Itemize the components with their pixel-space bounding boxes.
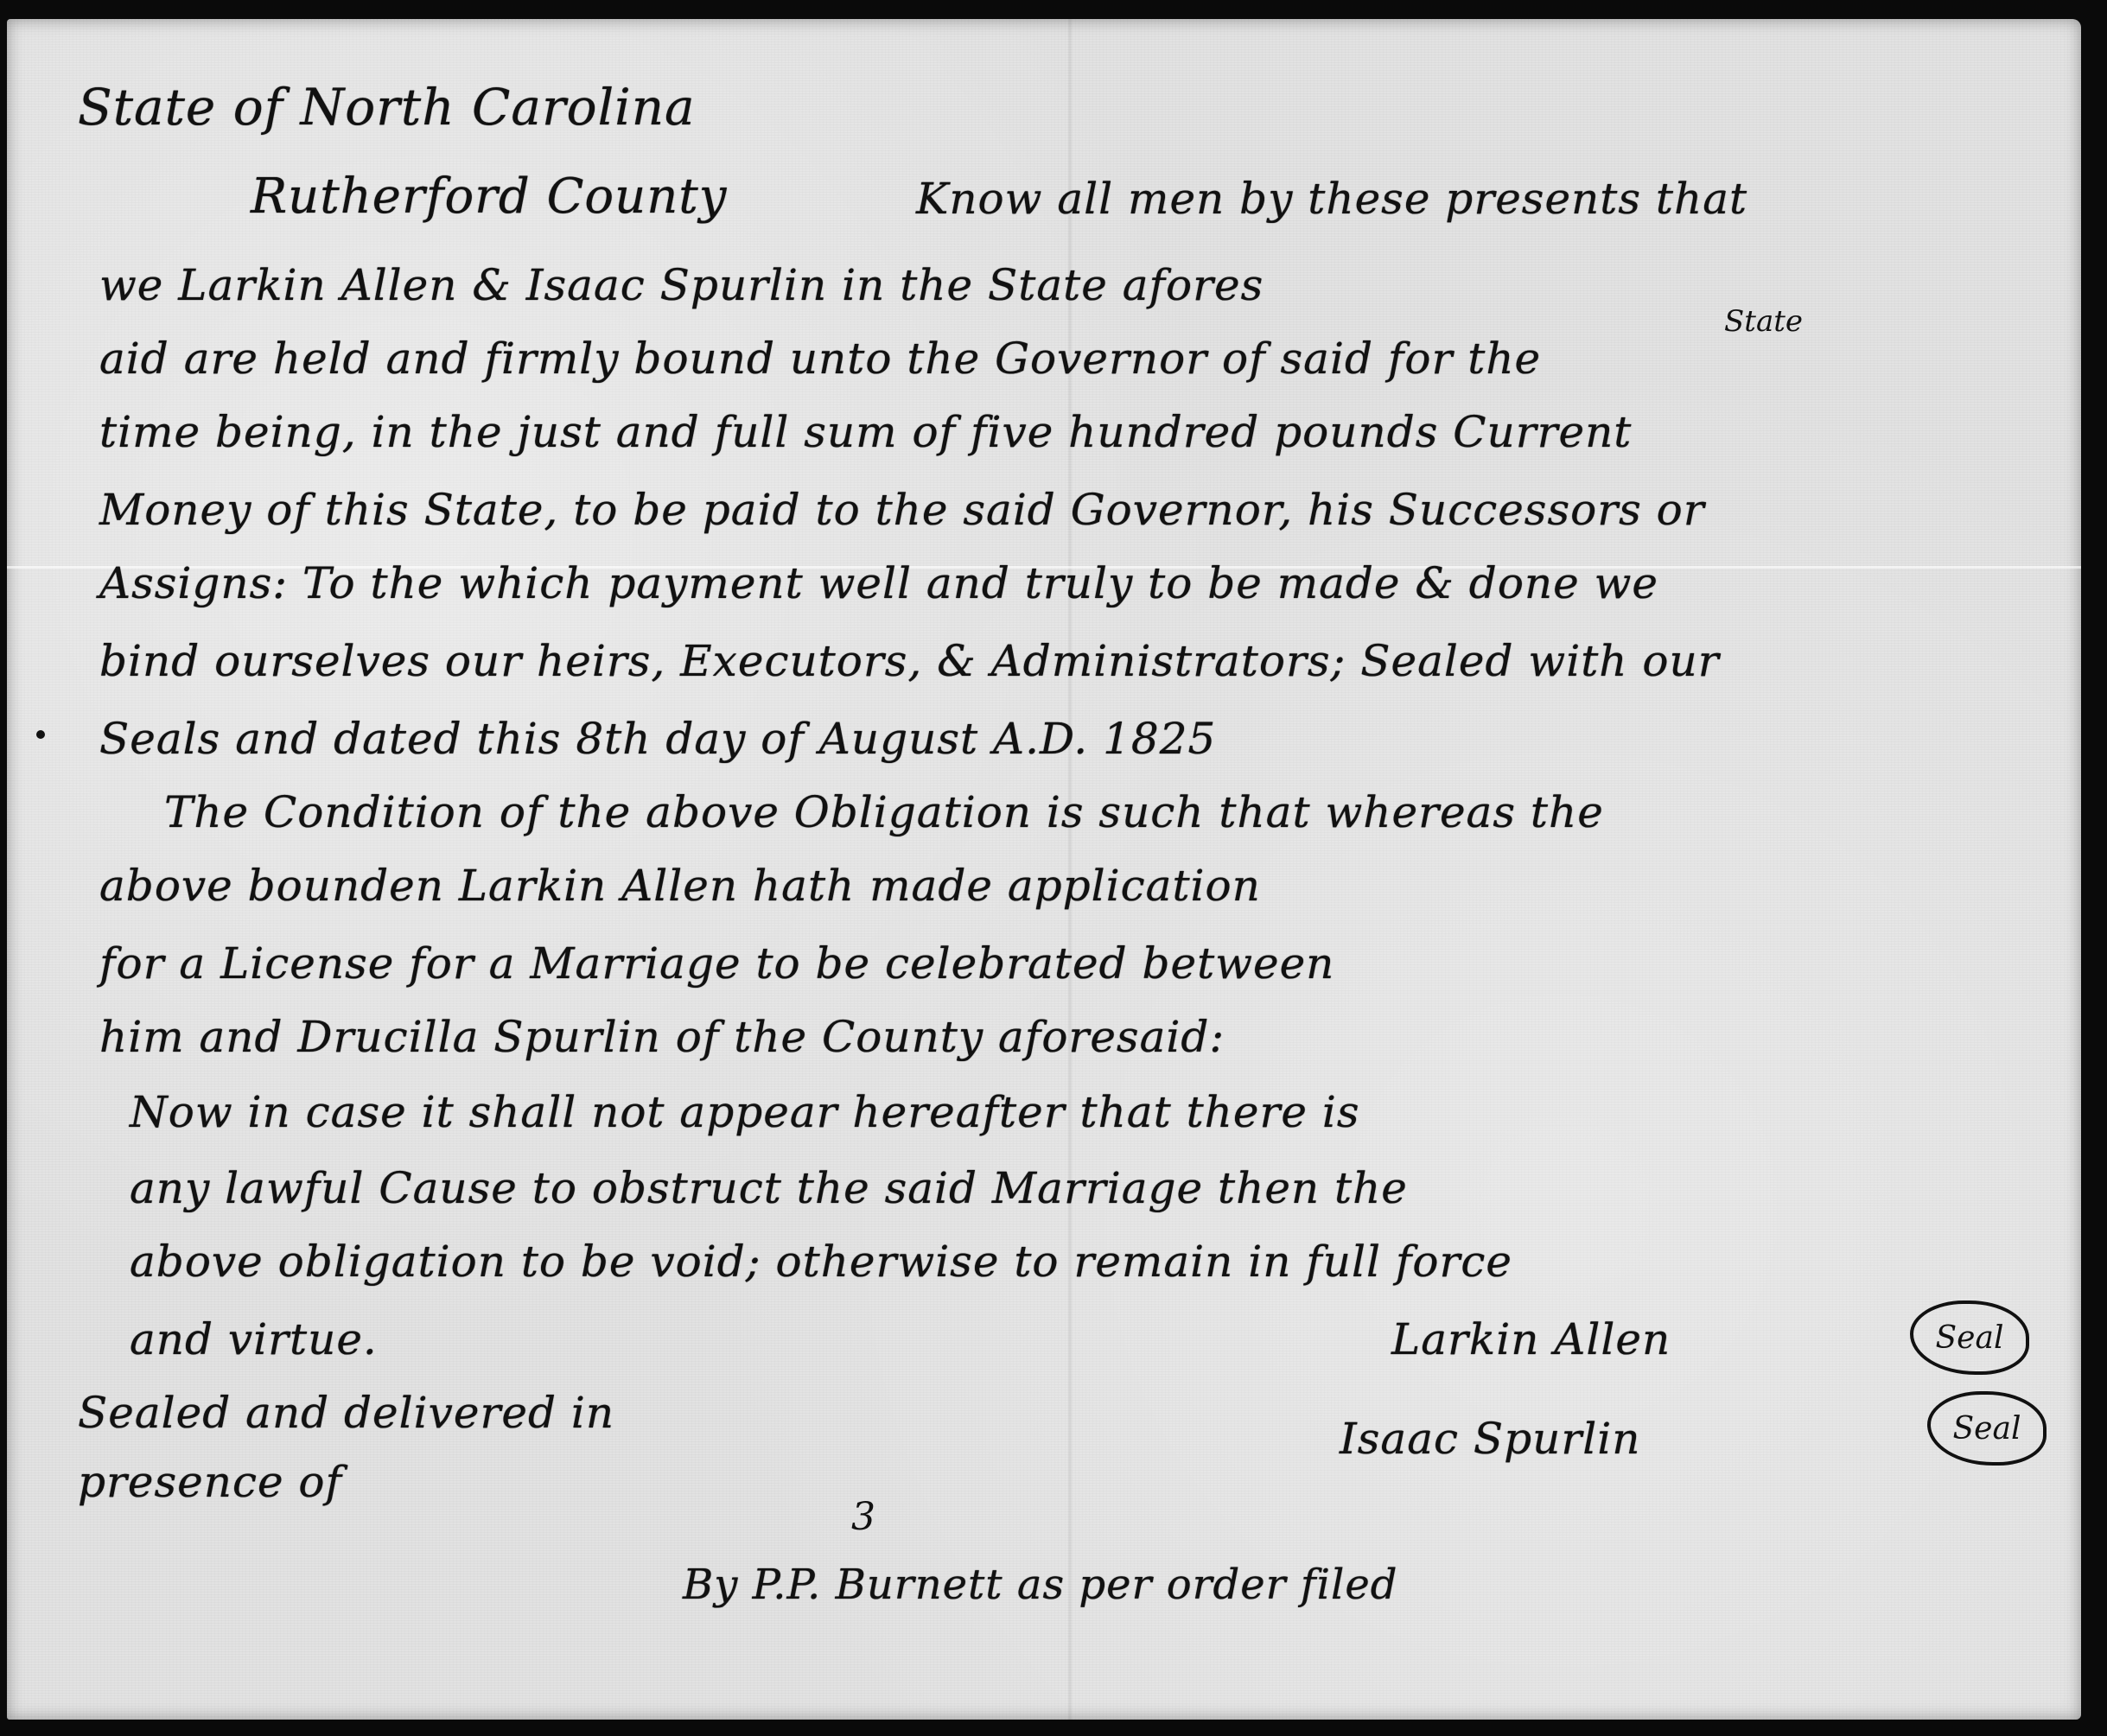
clerk-mark: 3 [851,1495,875,1539]
body-line-6: Assigns: To the which payment well and t… [99,562,1658,605]
signature-isaac-spurlin: Isaac Spurlin [1340,1417,1640,1460]
attestation-line-2: presence of [78,1460,342,1504]
body-line-13: Now in case it shall not appear hereafte… [130,1091,1360,1134]
body-line-5: Money of this State, to be paid to the s… [99,488,1705,531]
clerk-note: By P.P. Burnett as per order filed [683,1564,1397,1606]
heading-state: State of North Carolina [78,82,696,132]
body-line-2: we Larkin Allen & Isaac Spurlin in the S… [99,264,1264,307]
body-line-1: Know all men by these presents that [916,177,1747,220]
heading-county: Rutherford County [251,173,727,221]
body-line-9-condition: The Condition of the above Obligation is… [164,791,1604,834]
body-line-4: time being, in the just and full sum of … [99,410,1632,454]
body-line-12: him and Drucilla Spurlin of the County a… [99,1015,1225,1059]
body-line-10: above bounden Larkin Allen hath made app… [99,864,1261,907]
body-line-3: aid are held and firmly bound unto the G… [99,337,1541,380]
body-line-16: and virtue. [130,1318,378,1361]
body-line-14: any lawful Cause to obstruct the said Ma… [130,1167,1408,1210]
body-line-7: bind ourselves our heirs, Executors, & A… [99,639,1720,683]
interlineation-state: State [1724,304,1803,339]
attestation-line-1: Sealed and delivered in [78,1391,614,1434]
signature-larkin-allen: Larkin Allen [1391,1318,1671,1361]
body-line-15: above obligation to be void; otherwise t… [130,1240,1512,1283]
body-line-8-date: Seals and dated this 8th day of August A… [99,717,1216,760]
ink-speck [36,730,45,739]
body-line-11: for a License for a Marriage to be celeb… [99,942,1334,985]
